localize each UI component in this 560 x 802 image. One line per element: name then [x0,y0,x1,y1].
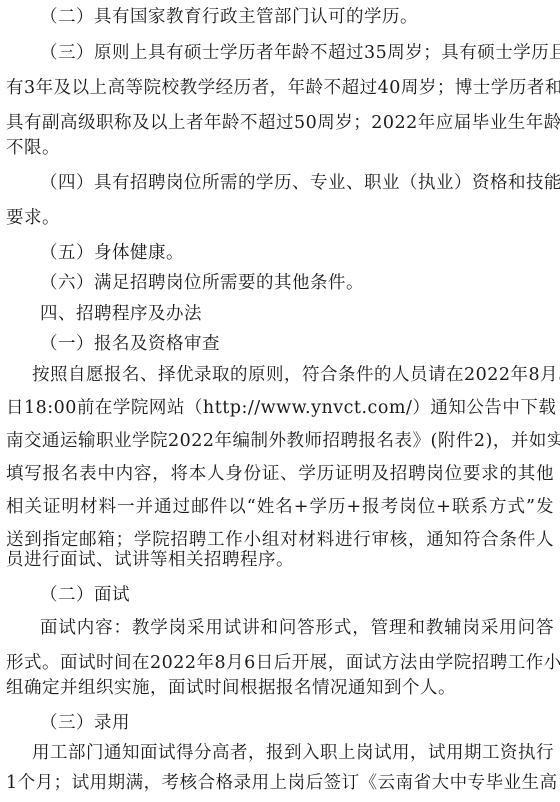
text-line: 要求。 [6,203,554,233]
list-item-age-limit: （三）原则上具有硕士学历者年龄不超过35周岁；具有硕士学历且 [40,38,554,68]
list-item-qualifications: （四）具有招聘岗位所需的学历、专业、职业（执业）资格和技能 [40,168,554,198]
list-item-other-conditions: （六）满足招聘岗位所需要的其他条件。 [40,268,554,298]
subheading-interview: （二）面试 [40,580,130,610]
text-line: 员进行面试、试讲等相关招聘程序。 [6,545,554,575]
subheading-registration: （一）报名及资格审查 [40,329,220,359]
text-line: 组确定并组织实施，面试时间根据报名情况通知到个人。 [6,673,554,703]
subheading-hiring: （三）录用 [40,708,130,738]
list-item-education-recognized: （二）具有国家教育行政主管部门认可的学历。 [40,2,554,32]
text-line: 填写报名表中内容，将本人身份证、学历证明及招聘岗位要求的其他 [6,459,554,489]
paragraph-interview: 面试内容：教学岗采用试讲和问答形式，管理和教辅岗采用问答 [40,613,554,643]
paragraph-hiring: 用工部门通知面试得分高者，报到入职上岗试用，试用期工资执行 [32,738,554,768]
text-line: 日18:00前在学院网站（http://www.ynvct.com/）通知公告中… [6,393,554,423]
paragraph-registration: 按照自愿报名、择优录取的原则，符合条件的人员请在2022年8月5 [32,360,554,390]
text-line: 南交通运输职业学院2022年编制外教师招聘报名表》(附件2)，并如实 [6,426,554,456]
text-line: 1个月；试用期满，考核合格录用上岗后签订《云南省大中专毕业生高 [6,768,554,798]
text-line: 相关证明材料一并通过邮件以“姓名+学历+报考岗位+联系方式”发 [6,492,554,522]
section-heading-recruitment-procedure: 四、招聘程序及办法 [40,299,202,329]
text-line: 不限。 [6,133,554,163]
list-item-health: （五）身体健康。 [40,238,554,268]
document-page: （二）具有国家教育行政主管部门认可的学历。 （三）原则上具有硕士学历者年龄不超过… [0,0,560,802]
text-line: 有3年及以上高等院校教学经历者，年龄不超过40周岁；博士学历者和 [6,73,554,103]
